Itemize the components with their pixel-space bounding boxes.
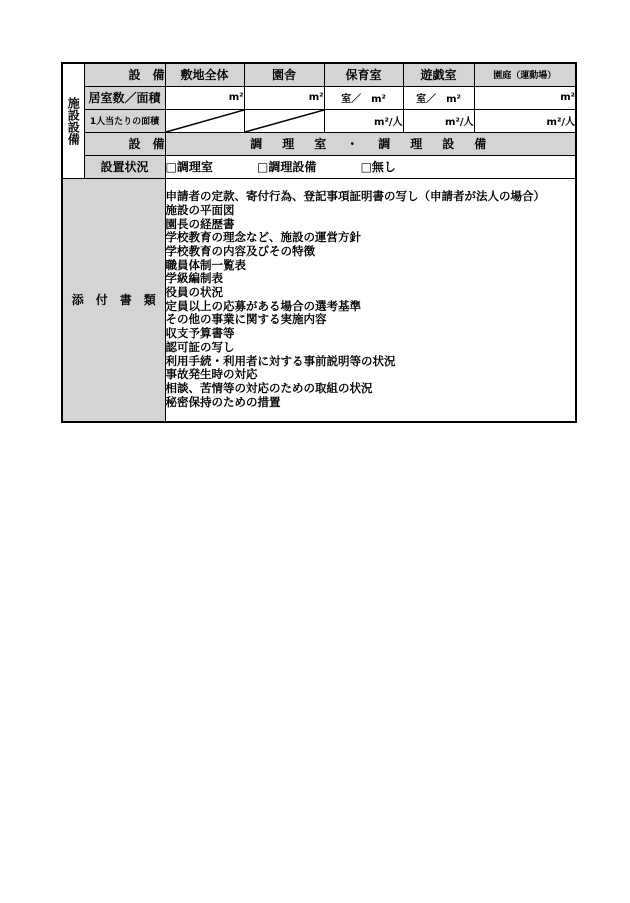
kitchen-equipment-row-label: 設 備: [84, 132, 165, 155]
rooms-area-site-total-field: m²: [165, 86, 244, 109]
attachment-item: 施設の平面図: [166, 204, 576, 218]
per-person-nursery-room-field: m²/人: [324, 109, 403, 132]
attachment-item: 役員の状況: [166, 286, 576, 300]
column-header-site-total: 敷地全体: [165, 63, 244, 86]
attachment-item: 収支予算書等: [166, 327, 576, 341]
per-person-site-total-na-cell: [165, 109, 244, 132]
installation-status-row-label: 設置状況: [84, 155, 165, 178]
attachment-item: 事故発生時の対応: [166, 368, 576, 382]
rooms-area-nursery-room-field: 室／ m²: [324, 86, 403, 109]
column-header-nursery-room: 保育室: [324, 63, 403, 86]
attachment-item: 定員以上の応募がある場合の選考基準: [166, 300, 576, 314]
attachment-item: 利用手続・利用者に対する事前説明等の状況: [166, 355, 576, 369]
attachment-item: 学校教育の理念など、施設の運営方針: [166, 231, 576, 245]
per-person-play-room-field: m²/人: [403, 109, 474, 132]
section-side-cell: 施設設備: [62, 63, 84, 178]
kitchen-equipment-title: 調 理 室 ・ 調 理 設 備: [165, 132, 576, 155]
facility-equipment-table: 施設設備 設 備 敷地全体 園舎 保育室 遊戯室 園庭（運動場） 居室数／面積 …: [61, 62, 577, 423]
attachment-item: 秘密保持のための措置: [166, 396, 576, 410]
section-side-label: 施設設備: [63, 97, 83, 145]
attachment-item: 相談、苦情等の対応のための取組の状況: [166, 382, 576, 396]
checkbox-option-kitchen-equipment[interactable]: □調理設備: [257, 158, 316, 175]
equipment-row-label: 設 備: [84, 63, 165, 86]
column-header-building: 園舎: [244, 63, 324, 86]
per-person-building-na-cell: [244, 109, 324, 132]
rooms-area-playground-field: m²: [474, 86, 576, 109]
rooms-area-row-label: 居室数／面積: [84, 86, 165, 109]
attachments-row-label: 添 付 書 類: [62, 178, 165, 422]
attachments-list: 申請者の定款、寄付行為、登記事項証明書の写し（申請者が法人の場合） 施設の平面図…: [165, 178, 576, 422]
column-header-play-room: 遊戯室: [403, 63, 474, 86]
attachment-item: 学校教育の内容及びその特徴: [166, 245, 576, 259]
rooms-area-building-field: m²: [244, 86, 324, 109]
attachment-item: 認可証の写し: [166, 341, 576, 355]
attachment-item: その他の事業に関する実施内容: [166, 313, 576, 327]
diagonal-line: [166, 110, 244, 132]
checkbox-option-none[interactable]: □無し: [361, 158, 396, 175]
diagonal-line: [245, 110, 324, 132]
attachment-item: 学級編制表: [166, 272, 576, 286]
column-header-playground: 園庭（運動場）: [474, 63, 576, 86]
per-person-playground-field: m²/人: [474, 109, 576, 132]
attachment-item: 職員体制一覧表: [166, 259, 576, 273]
per-person-area-row-label: 1人当たりの面積: [84, 109, 165, 132]
attachment-item: 園長の経歴書: [166, 218, 576, 232]
rooms-area-play-room-field: 室／ m²: [403, 86, 474, 109]
installation-status-options: □調理室 □調理設備 □無し: [165, 155, 576, 178]
attachment-item: 申請者の定款、寄付行為、登記事項証明書の写し（申請者が法人の場合）: [166, 190, 576, 204]
checkbox-option-kitchen-room[interactable]: □調理室: [166, 158, 213, 175]
